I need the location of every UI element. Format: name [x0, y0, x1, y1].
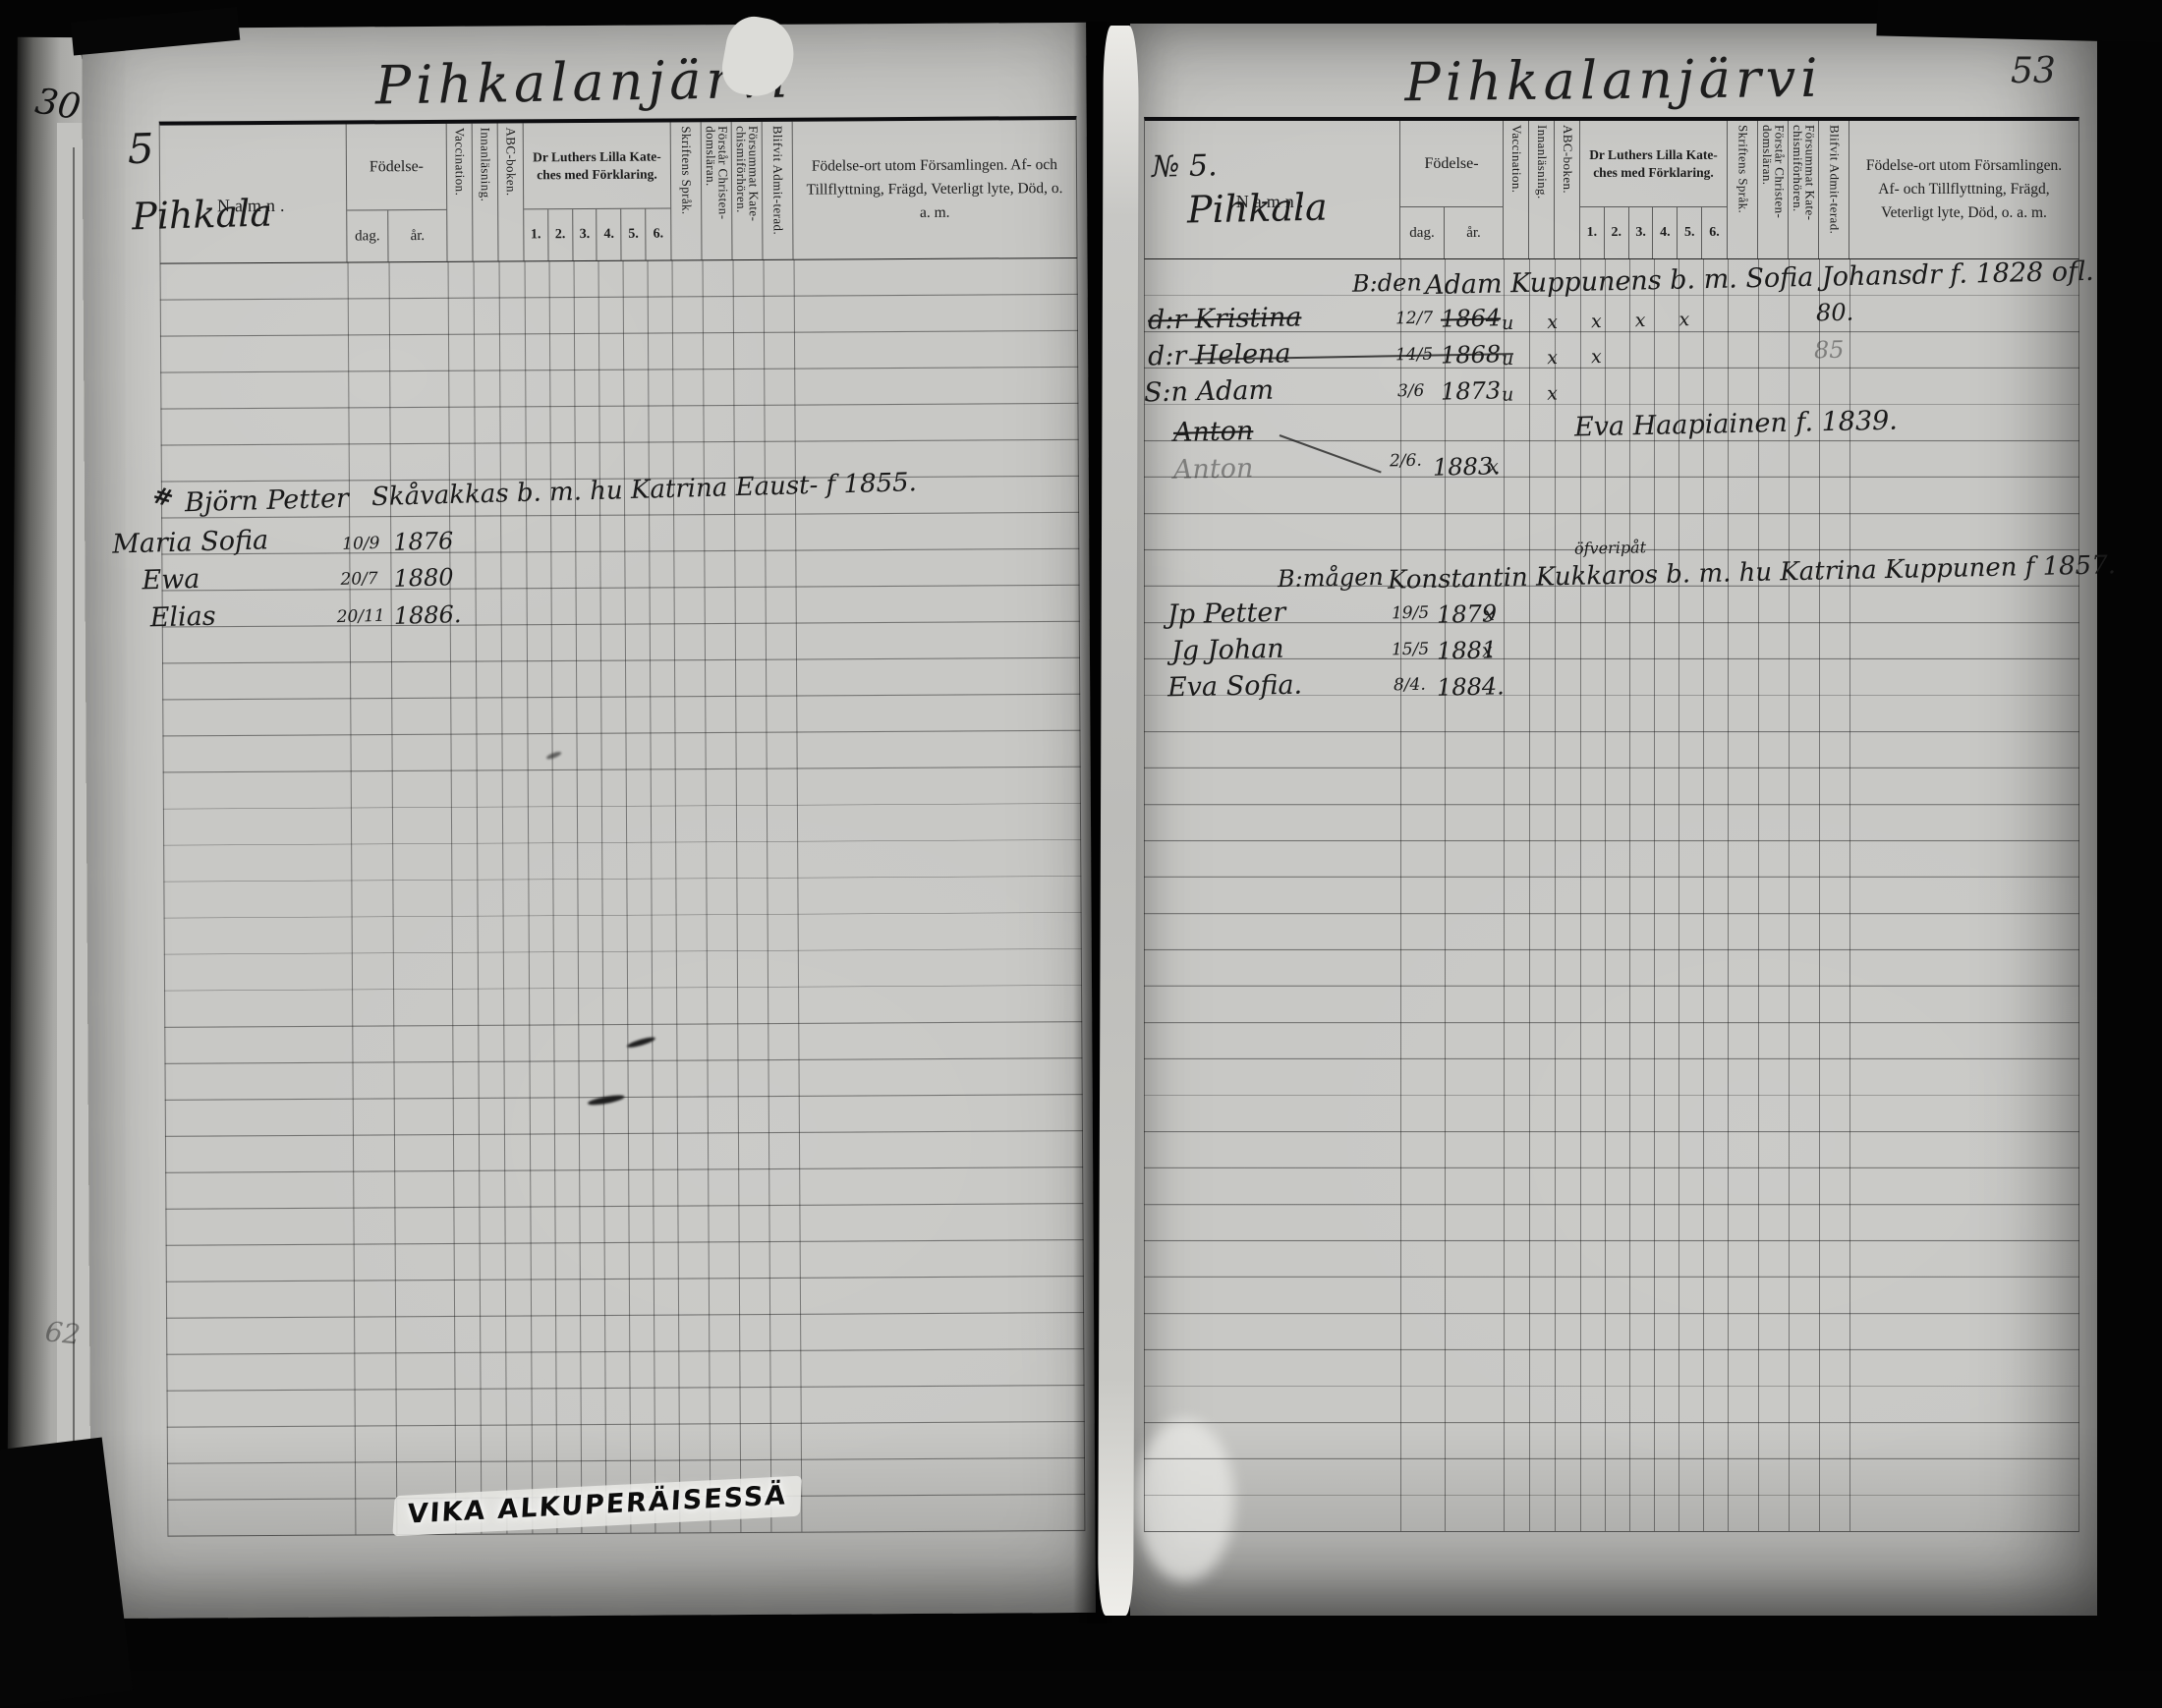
table-column-rule [1555, 259, 1556, 1531]
entry-name: Elias [149, 601, 216, 634]
col-fodelse: Födelse- dag. år. [347, 124, 448, 262]
col-blifvit-admitterad: Blifvit Admit-terad. [1819, 121, 1849, 258]
col-abc-boken: ABC-boken. [498, 123, 525, 260]
entry-birth-day: 12/7 [1395, 309, 1434, 329]
col-fodelseort-anm: Födelse-ort utom Församlingen. Af- och T… [1849, 121, 2078, 258]
table-column-rule [1849, 259, 1850, 1531]
entry-birth-day: 14/5 [1395, 345, 1434, 366]
table-column-rule [1758, 259, 1759, 1531]
entry-name: Maria Sofia [112, 525, 269, 559]
table-column-rule [1445, 259, 1446, 1531]
col-ar-label: år. [388, 210, 446, 261]
table-body [160, 258, 1086, 1537]
table-column-rule [1819, 259, 1820, 1531]
col-skriftens-sprak: Skriftens Språk. [671, 122, 703, 259]
table-column-rule [1605, 259, 1606, 1531]
table-column-rule [549, 261, 558, 1533]
entry-name: Jg Johan [1171, 634, 1284, 666]
entry-birth-year: 1873 [1441, 376, 1502, 405]
catechism-marks: u x [1502, 382, 1571, 405]
col-innanlasning: Innanläsning. [473, 124, 499, 261]
entry-name-faint: Anton [1173, 453, 1254, 485]
entry-birth-day: 20/11 [336, 606, 385, 627]
table-column-rule [703, 260, 711, 1532]
col-kateches: Dr Luthers Lilla Kate-ches med Förklarin… [1580, 121, 1728, 258]
page-title: Pihkalanjärvi [82, 43, 1087, 122]
entry-birth-year: 1864 [1441, 304, 1502, 332]
table-column-rule [525, 261, 534, 1533]
col-dag-label: dag. [1400, 207, 1445, 258]
admitted-year: 85 [1814, 336, 1845, 365]
margin-number-top: 30 [32, 82, 84, 129]
household-number: 5 [127, 124, 154, 173]
col-vaccination: Vaccination. [1504, 121, 1529, 258]
right-page: Pihkalanjärvi 53 Namn. Födelse- dag. år.… [1130, 24, 2097, 1616]
entry-name: Jp Petter [1167, 598, 1286, 631]
table-column-rule [623, 261, 632, 1533]
entry-birth-year: 1880 [393, 563, 454, 593]
table-column-rule [1529, 259, 1530, 1531]
col-fodelseort-anm: Födelse-ort utom Församlingen. Af- och T… [793, 120, 1077, 259]
entry-birth-year: 1886. [393, 600, 461, 630]
margin-number-bottom: 62 [43, 1315, 82, 1351]
col-blifvit-admitterad: Blifvit Admit-terad. [763, 122, 794, 259]
catechism-marks: u x x [1502, 346, 1616, 370]
col-innanlasning: Innanläsning. [1529, 121, 1555, 258]
table-column-rule [733, 260, 742, 1532]
table-column-rule [1580, 259, 1581, 1531]
surname: Pihkala [132, 191, 273, 238]
col-fodelse: Födelse- dag. år. [1400, 121, 1504, 258]
table-column-rule [1728, 259, 1729, 1531]
entry-birth-day: 8/4. [1394, 675, 1426, 696]
catechism-marks: x [1488, 456, 1512, 479]
col-skriftens-sprak: Skriftens Språk. [1728, 121, 1758, 258]
entry-name-struck: d:r Kristina [1148, 302, 1302, 335]
table-column-rule [794, 260, 803, 1532]
folio-number: 53 [2011, 51, 2056, 91]
household-number: № 5. [1152, 148, 1218, 184]
col-fodelse-label: Födelse- [1400, 121, 1503, 207]
table-column-rule [1629, 259, 1630, 1531]
col-forsummat-katechismforhoren: Försummat Kate-chismiförhören. [1789, 121, 1819, 258]
table-column-rule [648, 261, 656, 1533]
scan-corner-black [1876, 0, 2162, 43]
entry-birth-day: 19/5 [1392, 603, 1430, 624]
table-column-rule [598, 261, 607, 1533]
torn-corner [71, 7, 240, 56]
catechism-marks: x [1482, 640, 1507, 662]
binding-torn-paper [1098, 26, 1139, 1616]
table-column-rule [1789, 259, 1790, 1531]
family-head-name: Björn Petter [185, 484, 350, 519]
entry-name: d:r Helena [1148, 338, 1291, 371]
register-table: Namn. Födelse- dag. år. Vaccination. Inn… [159, 116, 1086, 1537]
table-column-rule [574, 261, 583, 1533]
table-body [1144, 259, 2079, 1532]
table-column-rule [1654, 259, 1655, 1531]
entry-birth-year: 1876 [393, 527, 454, 556]
table-column-rule [764, 260, 772, 1532]
entry-name: Ewa [142, 564, 200, 597]
entry-name: S:n Adam [1144, 375, 1275, 409]
table-column-rule [1703, 259, 1704, 1531]
col-abc-boken: ABC-boken. [1555, 121, 1580, 258]
table-column-rule [389, 262, 398, 1534]
admitted-year: 80. [1816, 299, 1854, 327]
entry-name: Eva Sofia. [1167, 670, 1303, 704]
entry-birth-day: 3/6 [1397, 381, 1425, 402]
entry-birth-day: 20/7 [340, 569, 378, 590]
table-column-rule [348, 262, 357, 1534]
catechism-marks: u x x x x [1502, 309, 1704, 334]
entry-birth-day: 15/5 [1392, 640, 1430, 660]
col-kateches-label: Dr Luthers Lilla Kate-ches med Förklarin… [1580, 121, 1727, 207]
col-vaccination: Vaccination. [447, 124, 474, 261]
table-column-rule [1504, 259, 1505, 1531]
left-page: Pihkalanjärvi Namn. Födelse- dag. år. Va… [82, 23, 1096, 1619]
col-kateches-label: Dr Luthers Lilla Kate-ches med Förklarin… [524, 122, 671, 209]
family-head-prefix: B:mågen [1278, 563, 1384, 593]
entry-birth-day: 10/9 [342, 534, 380, 554]
entry-birth-year: 1868 [1441, 340, 1502, 369]
col-forstar-christendomslaran: Förstår Christen-domsläran. [1758, 121, 1789, 258]
table-column-rule [672, 260, 681, 1532]
table-column-rule [448, 262, 457, 1534]
entry-name-struck: Anton [1173, 416, 1254, 448]
col-fodelse-label: Födelse- [347, 124, 447, 211]
page-title: Pihkalanjärvi [1130, 44, 2098, 116]
margin-rule-line [73, 147, 75, 1602]
col-dag-label: dag. [347, 210, 388, 261]
table-column-rule [474, 262, 483, 1534]
col-forsummat-katechismforhoren: Försummat Kate-chismiförhören. [732, 122, 764, 259]
table-header: Namn. Födelse- dag. år. Vaccination. Inn… [159, 116, 1078, 264]
family-head-prefix: B:den [1352, 268, 1422, 297]
entry-birth-day: 2/6. [1390, 451, 1422, 472]
col-ar-label: år. [1445, 207, 1503, 258]
entry-note-above: öfveripåt [1574, 538, 1646, 558]
surname: Pihkala [1187, 186, 1329, 232]
col-kateches: Dr Luthers Lilla Kate-ches med Förklarin… [524, 122, 672, 260]
entry-birth-year: 1884. [1437, 672, 1505, 701]
table-column-rule [1678, 259, 1679, 1531]
table-column-rule [499, 262, 508, 1534]
catechism-marks: x [1484, 603, 1508, 626]
scanned-parish-register: 30 62 Pihkalanjärvi Namn. Födelse- dag. … [0, 0, 2162, 1671]
col-forstar-christendomslaran: Förstår Christen-domsläran. [702, 122, 733, 259]
